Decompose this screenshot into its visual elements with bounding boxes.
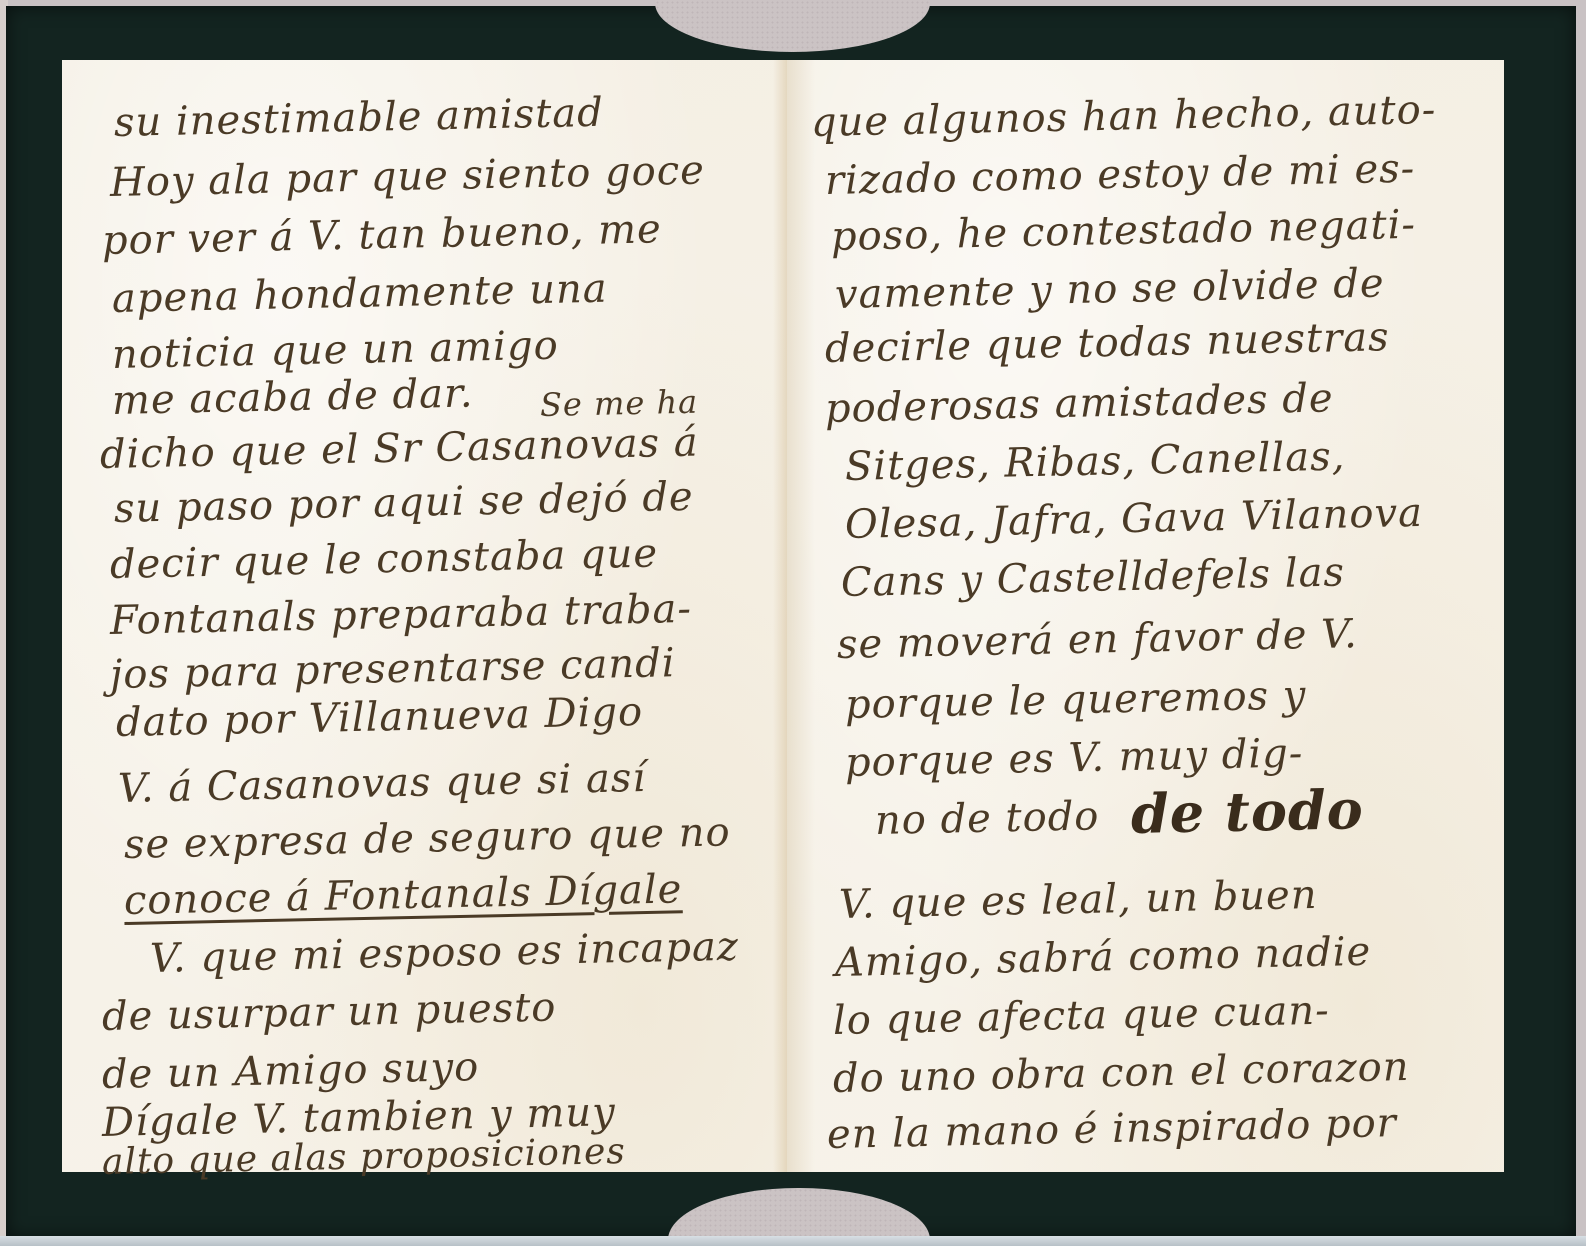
text-line: en la mano é inspirado por	[827, 1100, 1398, 1158]
text-line: Cans y Castelldefels las	[841, 549, 1346, 606]
text-line: porque es V. muy dig-	[845, 730, 1304, 786]
right-page: que algunos han hecho, auto- rizado como…	[787, 60, 1504, 1172]
scan-bottom-edge	[0, 1236, 1586, 1246]
text-line: Olesa, Jafra, Gava Vilanova	[845, 490, 1424, 548]
left-page-text: su inestimable amistad Hoy ala par que s…	[62, 60, 787, 1172]
text-line: V. que es leal, un buen	[839, 872, 1318, 928]
text-line: Amigo, sabrá como nadie	[835, 929, 1372, 986]
text-line: do uno obra con el corazon	[833, 1044, 1410, 1102]
text-line: dato por Villanueva Digo	[116, 689, 644, 746]
text-line: se moverá en favor de V.	[837, 611, 1359, 668]
text-line: de un Amigo suyo	[102, 1044, 480, 1098]
text-line: decir que le constaba que	[110, 531, 659, 588]
text-line: vamente y no se olvide de	[835, 260, 1385, 317]
left-page: su inestimable amistad Hoy ala par que s…	[62, 60, 787, 1172]
text-line: Fontanals preparaba traba-	[110, 586, 693, 644]
text-line: poso, he contestado negati-	[831, 202, 1417, 260]
right-page-text: que algunos han hecho, auto- rizado como…	[787, 60, 1504, 1172]
text-line: apena hondamente una	[112, 266, 609, 322]
text-line: Sitges, Ribas, Canellas,	[845, 434, 1346, 490]
letter-spread: su inestimable amistad Hoy ala par que s…	[62, 60, 1504, 1172]
text-line: por ver á V. tan bueno, me	[102, 206, 663, 264]
text-line: me acaba de dar.	[112, 370, 474, 424]
text-line: de usurpar un puesto	[102, 984, 557, 1040]
text-line: rizado como estoy de mi es-	[825, 146, 1416, 204]
text-line: que algunos han hecho, auto-	[811, 87, 1437, 146]
text-line: dicho que el Sr Casanovas á	[100, 419, 700, 478]
text-line-correction: de todo	[1130, 777, 1364, 846]
text-line: conoce á Fontanals Dígale	[124, 866, 683, 924]
text-line: no de todo	[875, 793, 1100, 844]
text-line: V. á Casanovas que si así	[118, 755, 647, 812]
text-line: su paso por aqui se dejó de	[114, 474, 695, 532]
text-line: su inestimable amistad	[114, 90, 605, 146]
text-line: decirle que todas nuestras	[825, 314, 1391, 372]
text-line: lo que afecta que cuan-	[833, 988, 1331, 1044]
text-line: poderosas amistades de	[825, 375, 1334, 432]
text-line: Hoy ala par que siento goce	[110, 148, 706, 206]
text-line: porque le queremos y	[845, 672, 1307, 728]
text-line: noticia que un amigo	[112, 323, 560, 378]
text-line: Se me ha	[540, 383, 699, 424]
text-line: V. que mi esposo es incapaz	[150, 924, 740, 982]
text-line: se expresa de seguro que no	[124, 809, 732, 868]
